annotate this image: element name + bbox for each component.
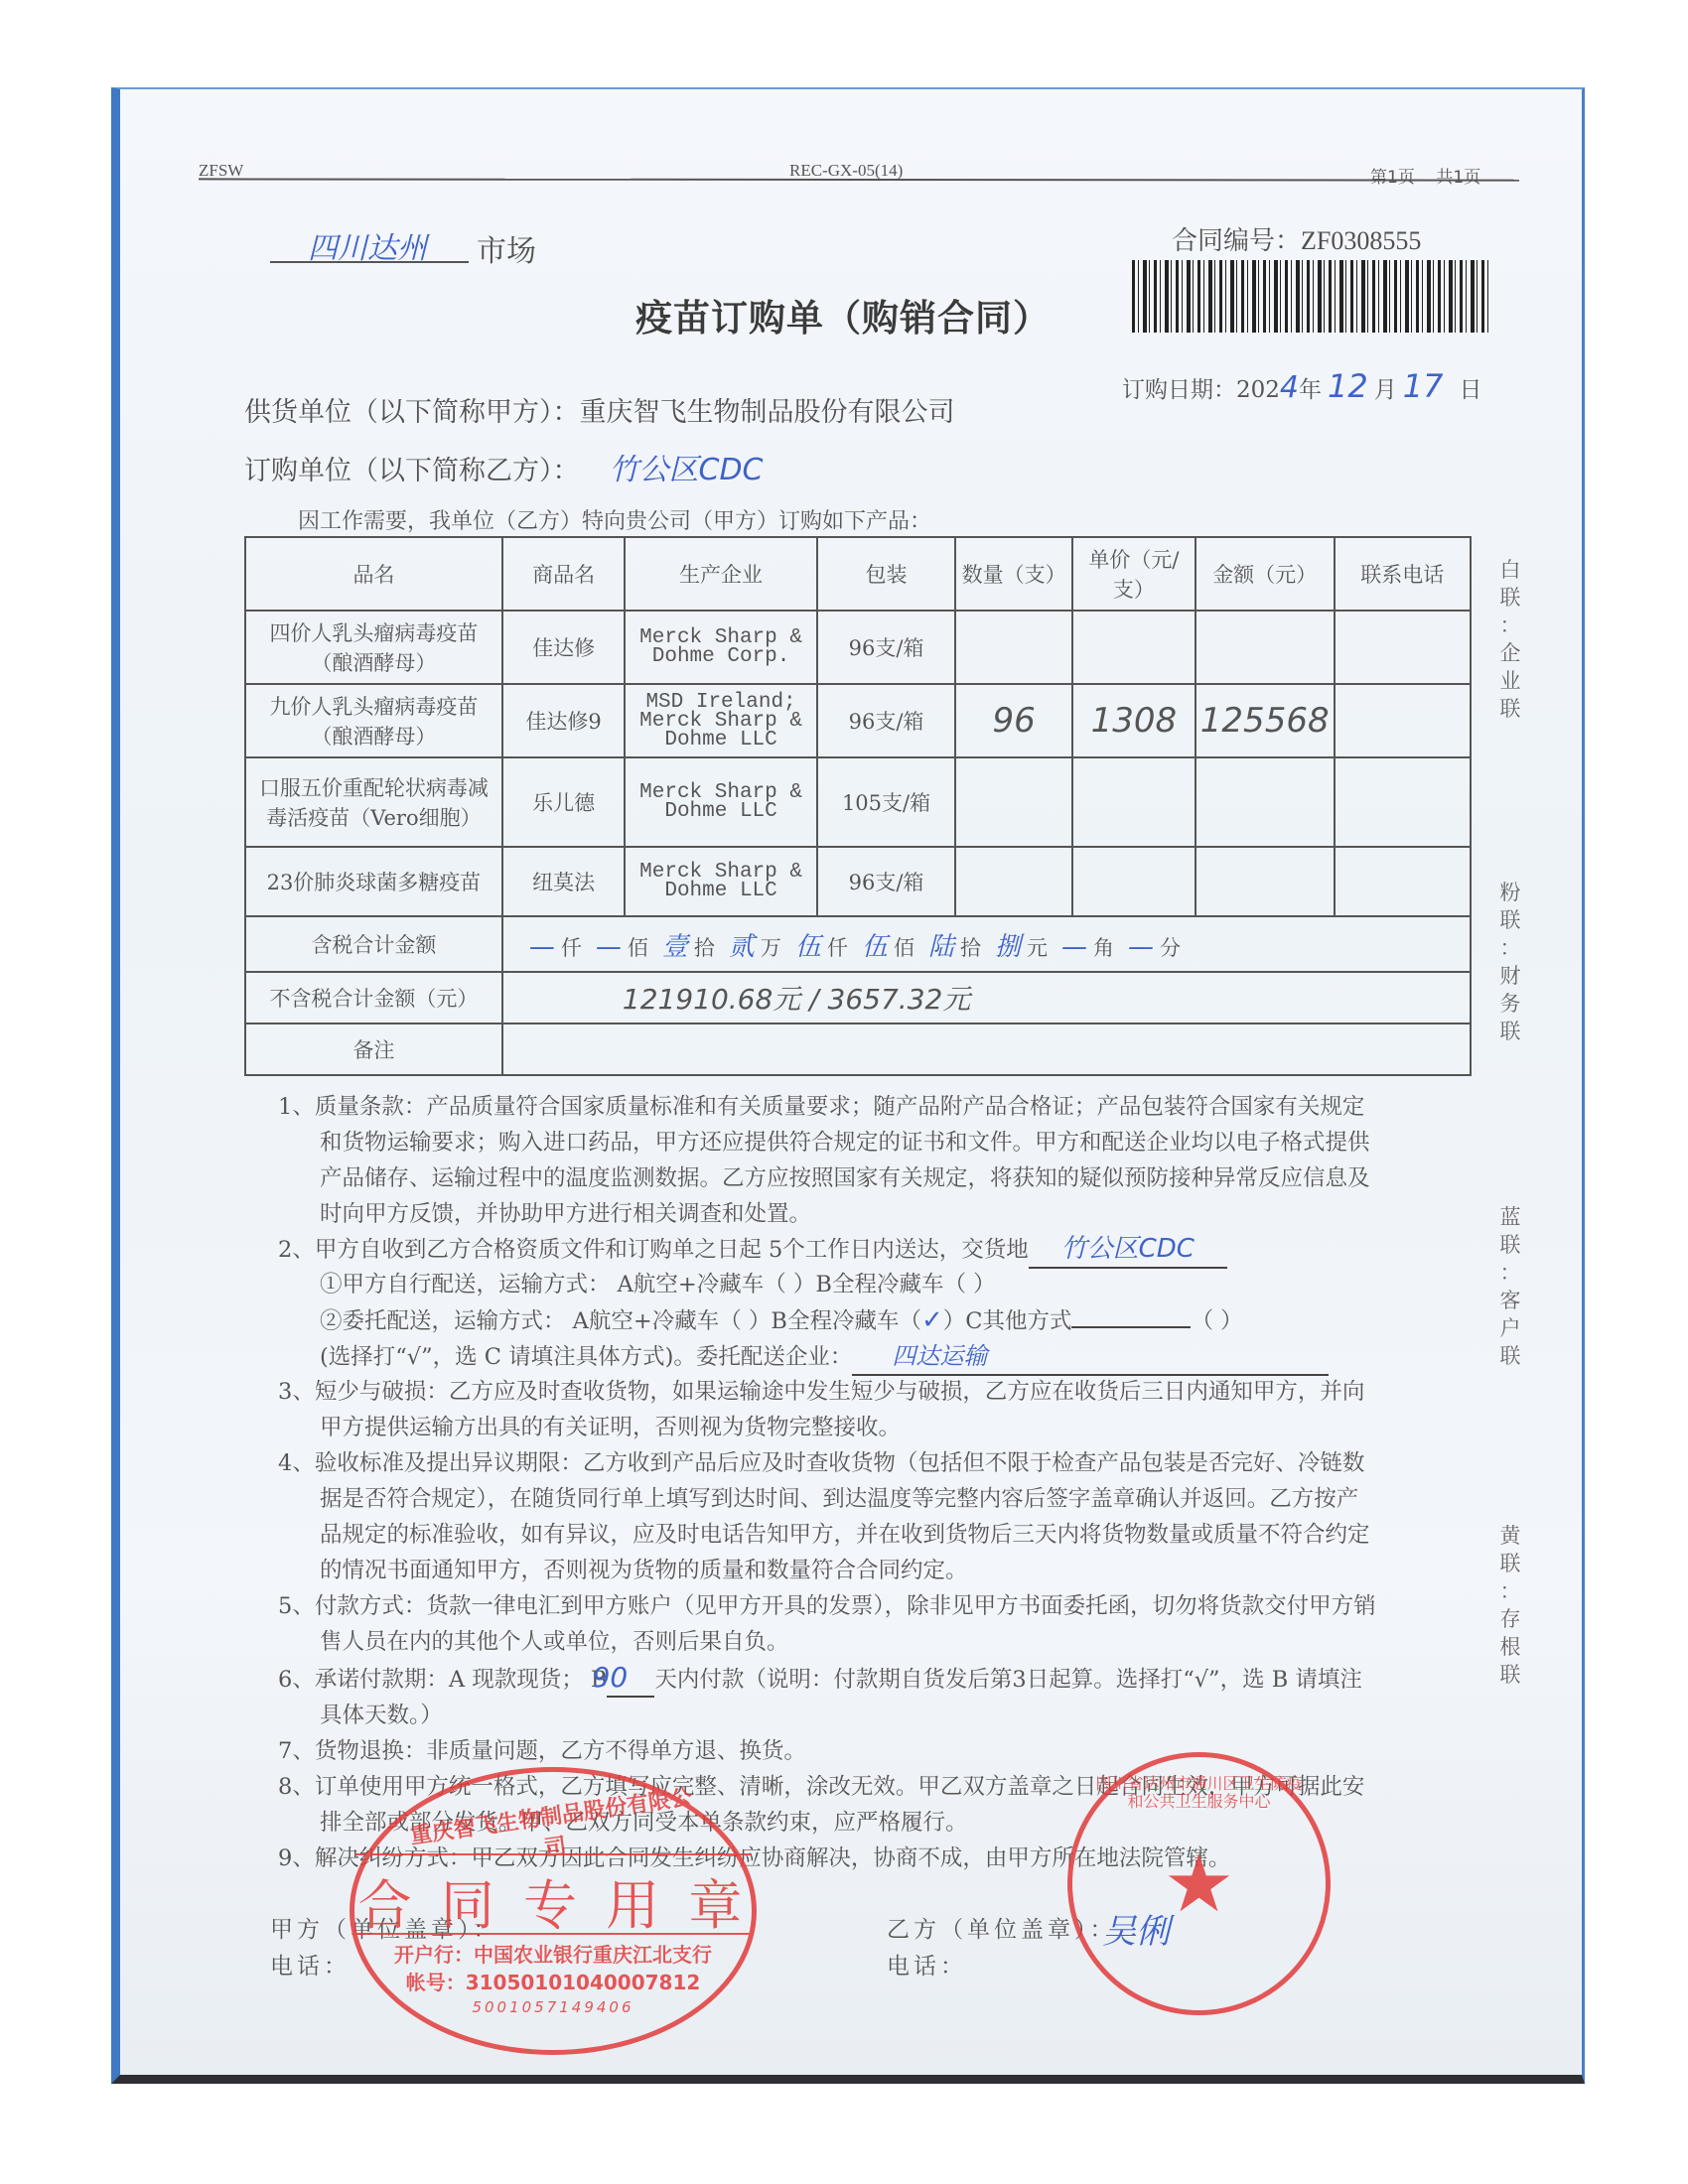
unit-price[interactable] [1072,757,1196,847]
tax-digit: — [596,932,622,962]
product-name: 口服五价重配轮状病毒减毒活疫苗（Vero细胞） [245,757,502,847]
unit-price[interactable]: 1308 [1072,684,1196,757]
order-date-label: 订购日期： [1122,377,1236,403]
clause-quality: 1、质量条款：产品质量符合国家质量标准和有关质量要求；随产品附产品合格证；产品包… [278,1089,1380,1232]
remark-value[interactable] [502,1024,1471,1075]
product-name: 九价人乳头瘤病毒疫苗（酿酒酵母） [245,684,502,757]
order-date-year-hand: 4 [1280,370,1299,405]
tax-digit: 贰 [729,932,755,962]
market-handwritten: 四川达州 [308,223,427,267]
package: 96支/箱 [817,611,955,684]
table-row: 四价人乳头瘤病毒疫苗（酿酒酵母） 佳达修 Merck Sharp & Dohme… [245,611,1471,684]
remark-row: 备注 [245,1024,1471,1075]
consign-company-row: (选择打“√”，选 C 请填注具体方式)。委托配送企业：四达运输 [278,1338,1422,1376]
package: 105支/箱 [817,757,955,847]
year-suffix: 年 [1299,377,1322,403]
contract-seal-stamp: 重庆智飞生物制品股份有限公司 合 同 专 用 章 开户行：中国农业银行重庆江北支… [350,1767,757,2055]
barcode [1132,260,1489,333]
package: 96支/箱 [817,847,955,916]
contract-number-label: 合同编号： [1172,226,1301,256]
brand-name: 乐儿德 [502,757,625,847]
tax-unit: 拾 [960,936,981,960]
total-tax-value[interactable]: —仟—佰壹拾贰万伍仟伍佰陆拾捌元—角—分 [502,916,1471,972]
col-header: 数量（支） [955,537,1072,611]
tax-unit: 仟 [827,936,848,960]
stamp-bank: 开户行：中国农业银行重庆江北支行 [354,1939,752,1968]
product-name: 四价人乳头瘤病毒疫苗（酿酒酵母） [245,611,502,684]
delivery-location[interactable]: 竹公区CDC [1029,1231,1227,1269]
side-label-yellow: 黄联：存根联 [1495,1522,1525,1689]
consign-company[interactable]: 四达运输 [852,1338,1329,1376]
tax-digit: — [529,932,555,962]
tax-digit: — [1061,932,1087,962]
side-label-blue: 蓝联：客户联 [1495,1203,1525,1370]
phone[interactable] [1335,847,1471,916]
stamp-code: 5001057149406 [354,1998,752,2016]
quantity[interactable] [955,611,1072,684]
tax-unit: 佰 [894,936,914,960]
contract-number-value: ZF0308555 [1301,226,1421,255]
order-date-day: 17 [1403,367,1444,405]
col-header: 包装 [817,537,955,611]
order-date: 订购日期：2024年12月17日 [1122,367,1481,405]
manufacturer: Merck Sharp & Dohme LLC [625,757,816,847]
tax-digit: 伍 [862,932,888,962]
side-label-pink: 粉联：财务联 [1495,879,1525,1045]
amount[interactable]: 125568 [1196,684,1335,757]
table-row: 23价肺炎球菌多糖疫苗 纽莫法 Merck Sharp & Dohme LLC … [245,847,1471,916]
brand-name: 纽莫法 [502,847,625,916]
party-a-phone[interactable]: 电话： [270,1948,351,1980]
clause-payment-term: 6、承诺付款期：A 现款现货； B90天内付款（说明：付款期自货发后第3日起算。… [278,1660,1380,1733]
col-header: 单价（元/支） [1072,537,1196,611]
clause-payment-method: 5、付款方式：货款一律电汇到甲方账户（见甲方开具的发票），除非见甲方书面委托函，… [278,1588,1380,1660]
side-label-white: 白联：企业联 [1495,556,1525,723]
tax-unit: 佰 [628,936,648,960]
supplier-row: 供货单位（以下简称甲方）：重庆智飞生物制品股份有限公司 [244,390,955,429]
buyer-row: 订购单位（以下简称乙方）：竹公区CDC [244,445,764,488]
quantity[interactable] [955,847,1072,916]
product-name: 23价肺炎球菌多糖疫苗 [245,847,502,916]
market-label: 市场 [477,226,536,270]
table-row: 口服五价重配轮状病毒减毒活疫苗（Vero细胞） 乐儿德 Merck Sharp … [245,757,1471,847]
tax-digit: 壹 [662,932,688,962]
month-suffix: 月 [1374,377,1397,403]
page-info: 第1页 共1页 [1370,163,1480,188]
total-tax-words: —仟—佰壹拾贰万伍仟伍佰陆拾捌元—角—分 [523,936,1189,960]
phone[interactable] [1335,611,1471,684]
clause-delivery-text: 2、甲方自收到乙方合格资质文件和订购单之日起 5个工作日内送达，交货地 [278,1237,1029,1263]
package: 96支/箱 [817,684,955,757]
party-b-phone[interactable]: 电话： [887,1948,967,1980]
buyer-seal-stamp: 四川省达州市通川区卫生防疫和公共卫生服务中心 ★ [1067,1752,1331,2015]
table-row: 九价人乳头瘤病毒疫苗（酿酒酵母） 佳达修9 MSD Ireland; Merck… [245,684,1471,757]
quantity[interactable]: 96 [955,684,1072,757]
col-header: 品名 [245,537,502,611]
unit-price[interactable] [1072,847,1196,916]
brand-name: 佳达修 [502,611,625,684]
buyer-label: 订购单位（以下简称乙方）： [244,456,580,486]
market-field: 四川达州 [270,223,469,263]
option-text: ）C其他方式 [943,1308,1072,1334]
side-label-text: 白联：企业联 [1500,558,1521,721]
amount[interactable] [1196,611,1335,684]
quantity[interactable] [955,757,1072,847]
manufacturer: Merck Sharp & Dohme LLC [625,847,816,916]
tax-unit: 角 [1093,936,1114,960]
tax-unit: 元 [1027,936,1048,960]
consign-note: (选择打“√”，选 C 请填注具体方式)。委托配送企业： [320,1344,852,1370]
total-notax-label: 不含税合计金额（元） [245,972,502,1024]
side-label-text: 粉联：财务联 [1500,881,1521,1043]
col-header: 金额（元） [1196,537,1335,611]
page-title: 疫苗订购单（购销合同） [635,288,1051,341]
tax-unit: 分 [1160,936,1181,960]
tax-unit: 仟 [561,936,582,960]
stamp-account: 帐号：31050101040007812 [354,1967,752,1995]
phone[interactable] [1335,757,1471,847]
total-notax-row: 不含税合计金额（元） 121910.68元 / 3657.32元 [245,972,1471,1024]
phone[interactable] [1335,684,1471,757]
stamp-arc-text: 四川省达州市通川区卫生防疫和公共卫生服务中心 [1092,1775,1306,1811]
table-header-row: 品名 商品名 生产企业 包装 数量（支） 单价（元/支） 金额（元） 联系电话 [245,537,1471,611]
buyer-name-handwritten: 竹公区CDC [610,453,764,487]
side-label-text: 黄联：存根联 [1500,1524,1521,1687]
tax-unit: 拾 [694,936,715,960]
tax-digit: 陆 [928,932,954,962]
day-suffix: 日 [1459,377,1481,403]
clause-acceptance: 4、验收标准及提出异议期限：乙方收到产品后应及时查收货物（包括但不限于检查产品包… [278,1445,1380,1588]
supplier-label: 供货单位（以下简称甲方）： [244,397,580,428]
intro-text: 因工作需要，我单位（乙方）特向贵公司（甲方）订购如下产品： [298,504,931,535]
total-tax-label: 含税合计金额 [245,916,502,972]
tax-digit: — [1128,932,1154,962]
total-tax-row: 含税合计金额 —仟—佰壹拾贰万伍仟伍佰陆拾捌元—角—分 [245,916,1471,972]
contract-number: 合同编号：ZF0308555 [1172,220,1421,257]
consign-delivery-options[interactable]: ②委托配送，运输方式： A航空+冷藏车（ ）B全程冷藏车（✓）C其他方式（ ） [278,1302,1422,1339]
tax-digit: 捌 [995,932,1021,962]
order-date-month: 12 [1328,367,1368,405]
total-notax-value[interactable]: 121910.68元 / 3657.32元 [502,972,1471,1024]
stamp-center-text: 合 同 专 用 章 [354,1863,752,1940]
clause-shortage: 3、短少与破损：乙方应及时查收货物，如果运输途中发生短少与破损，乙方应在收货后三… [278,1374,1380,1445]
amount[interactable] [1196,757,1335,847]
tax-digit: 伍 [795,932,821,962]
tax-unit: 万 [761,936,781,960]
col-header: 生产企业 [625,537,816,611]
payment-term-text: 6、承诺付款期：A 现款现货； B [278,1667,607,1693]
payment-days[interactable]: 90 [607,1660,654,1698]
option-text: ②委托配送，运输方式： A航空+冷藏车（ ）B全程冷藏车（ [320,1308,921,1334]
supplier-name: 重庆智飞生物制品股份有限公司 [580,397,955,428]
amount[interactable] [1196,847,1335,916]
remark-label: 备注 [245,1024,502,1075]
self-delivery-options[interactable]: ①甲方自行配送，运输方式： A航空+冷藏车（ ）B全程冷藏车（ ） [278,1267,1422,1302]
brand-name: 佳达修9 [502,684,625,757]
order-table: 品名 商品名 生产企业 包装 数量（支） 单价（元/支） 金额（元） 联系电话 … [244,536,1472,1076]
star-icon: ★ [1072,1844,1326,1924]
option-c-blank[interactable]: （ ） [1191,1308,1242,1334]
manufacturer: Merck Sharp & Dohme Corp. [625,611,816,684]
order-date-year-prefix: 202 [1236,377,1280,403]
check-mark-icon[interactable]: ✓ [921,1305,943,1335]
col-header: 联系电话 [1335,537,1471,611]
clause-delivery: 2、甲方自收到乙方合格资质文件和订购单之日起 5个工作日内送达，交货地竹公区CD… [278,1231,1380,1269]
col-header: 商品名 [502,537,625,611]
side-label-text: 蓝联：客户联 [1500,1205,1521,1368]
unit-price[interactable] [1072,611,1196,684]
manufacturer: MSD Ireland; Merck Sharp & Dohme LLC [625,684,816,757]
